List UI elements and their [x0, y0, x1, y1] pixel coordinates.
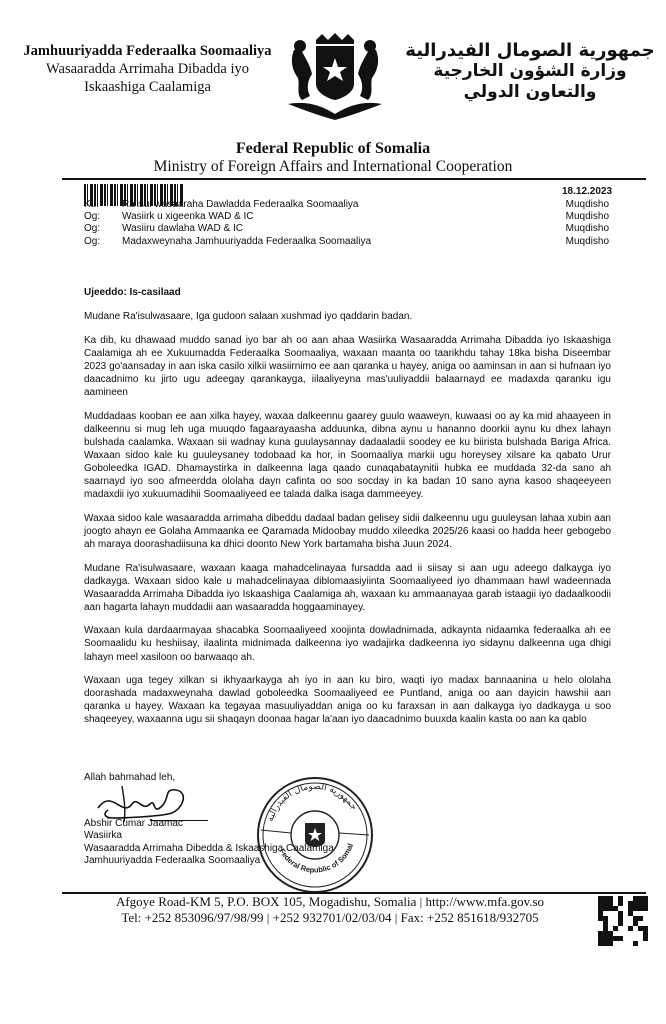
body-paragraph: Waxaan uga tegey xilkan si ikhyaarkayga …	[84, 674, 611, 726]
footer: Afgoye Road-KM 5, P.O. BOX 105, Mogadish…	[100, 894, 560, 926]
letterhead-arabic: جمهورية الصومال الفيدرالية وزارة الشؤون …	[395, 40, 665, 103]
letterhead-arabic-line-3: والتعاون الدولي	[395, 82, 665, 103]
stamp-arabic-text: جمهورية الصومال الفيدرالية	[266, 782, 359, 823]
ministry-title: Ministry of Foreign Affairs and Internat…	[0, 158, 666, 176]
body-paragraph: Muddadaas kooban ee aan xilka hayey, wax…	[84, 410, 611, 502]
letterhead-somali-line-2: Wasaaradda Arrimaha Dibadda iyo	[20, 60, 275, 78]
recipient-place: Muqdisho	[549, 211, 609, 223]
body-paragraph: Waxaa sidoo kale wasaaradda arrimaha dib…	[84, 512, 611, 551]
footer-contact: Tel: +252 853096/97/98/99 | +252 932701/…	[100, 910, 560, 926]
recipient-prefix: Og:	[84, 223, 122, 235]
recipient-place: Muqdisho	[549, 223, 609, 235]
recipient-prefix: Og:	[84, 211, 122, 223]
official-stamp-icon: جمهورية الصومال الفيدرالية Federal Repub…	[255, 775, 375, 895]
recipient-list: Ku:Ra'isul wasaaraha Dawladda Federaalka…	[84, 199, 609, 248]
recipient-row: Og:Madaxweynaha Jamhuuriyadda Federaalka…	[84, 236, 609, 248]
recipient-place: Muqdisho	[549, 199, 609, 211]
somali-coat-of-arms-icon	[280, 30, 390, 122]
letterhead-somali-line-3: Iskaashiga Caalamiga	[20, 78, 275, 96]
letter-body: Mudane Ra'isulwasaare, Iga gudoon salaan…	[84, 310, 611, 737]
letter-date: 18.12.2023	[562, 186, 612, 197]
body-paragraph: Mudane Ra'isulwasaare, Iga gudoon salaan…	[84, 310, 611, 323]
header-divider	[62, 178, 646, 180]
recipient-prefix: Ku:	[84, 199, 122, 211]
recipient-name: Wasiirk u xigeenka WAD & IC	[122, 211, 549, 223]
recipient-row: Og:Wasiiru dawlaha WAD & ICMuqdisho	[84, 223, 609, 235]
country-title: Federal Republic of Somalia	[0, 140, 666, 158]
recipient-row: Ku:Ra'isul wasaaraha Dawladda Federaalka…	[84, 199, 609, 211]
body-paragraph: Ka dib, ku dhawaad muddo sanad iyo bar a…	[84, 334, 611, 399]
recipient-name: Ra'isul wasaaraha Dawladda Federaalka So…	[122, 199, 549, 211]
letterhead-arabic-line-2: وزارة الشؤون الخارجية	[395, 61, 665, 82]
letterhead-somali-line-1: Jamhuuriyadda Federaalka Soomaaliya	[20, 42, 275, 60]
recipient-row: Og:Wasiirk u xigeenka WAD & ICMuqdisho	[84, 211, 609, 223]
recipient-prefix: Og:	[84, 236, 122, 248]
body-paragraph: Waxaan kula dardaarmayaa shacabka Soomaa…	[84, 624, 611, 663]
footer-address: Afgoye Road-KM 5, P.O. BOX 105, Mogadish…	[100, 894, 560, 910]
letter-subject: Ujeeddo: Is-casilaad	[84, 287, 181, 298]
letterhead-somali: Jamhuuriyadda Federaalka Soomaaliya Wasa…	[20, 42, 275, 96]
svg-text:جمهورية الصومال الفيدرالية: جمهورية الصومال الفيدرالية	[266, 782, 359, 823]
qr-code-icon	[598, 896, 648, 946]
recipient-place: Muqdisho	[549, 236, 609, 248]
recipient-name: Madaxweynaha Jamhuuriyadda Federaalka So…	[122, 236, 549, 248]
recipient-name: Wasiiru dawlaha WAD & IC	[122, 223, 549, 235]
body-paragraph: Mudane Ra'isulwasaare, waxaan kaaga maha…	[84, 562, 611, 614]
letterhead-english: Federal Republic of Somalia Ministry of …	[0, 140, 666, 176]
letterhead-arabic-line-1: جمهورية الصومال الفيدرالية	[395, 40, 665, 61]
